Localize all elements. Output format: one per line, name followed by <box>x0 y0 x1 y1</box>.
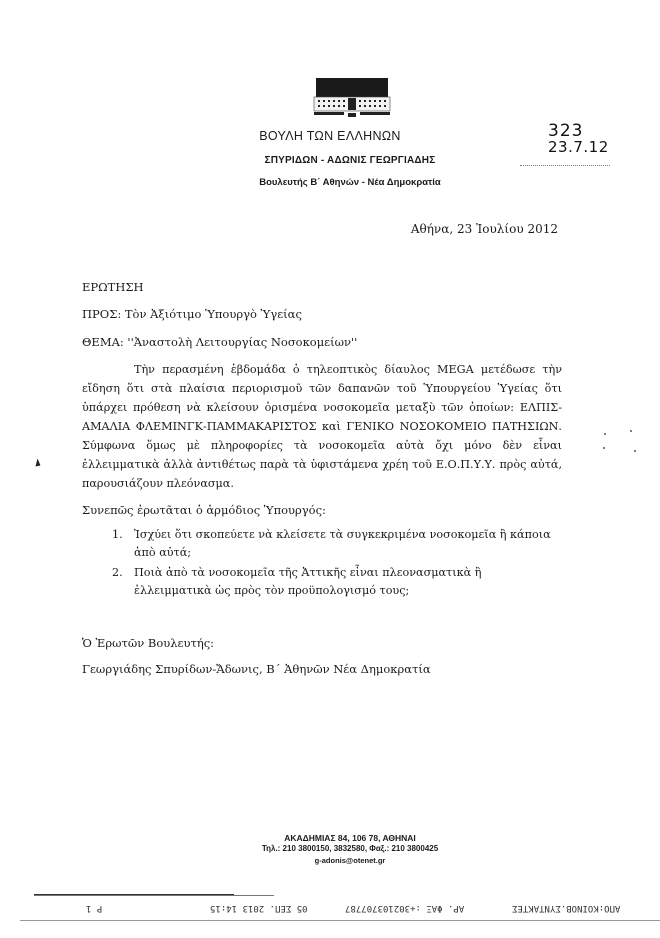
footer-street: ΑΚΑΔΗΜΙΑΣ 84, 106 78, ΑΘΗΝΑΙ <box>200 833 500 843</box>
fax-rule-bottom <box>20 920 660 921</box>
handwritten-protocol-number: 323 <box>548 124 583 138</box>
handwritten-date: 23.7.12 <box>548 140 609 154</box>
member-name: ΣΠΥΡΙΔΩΝ - ΑΔΩΝΙΣ ΓΕΩΡΓΙΑΔΗΣ <box>200 155 500 166</box>
body-text: Τὴν περασμένη ἑβδομάδα ὁ τηλεοπτικὸς δία… <box>82 360 562 493</box>
footer-email: g-adonis@otenet.gr <box>200 856 500 865</box>
question-text: Ποιὰ ἀπὸ τὰ νοσοκομεῖα τῆς Ἀττικῆς εἶναι… <box>134 566 481 597</box>
scan-speck <box>604 433 606 435</box>
member-role: Βουλευτής Β΄ Αθηνών - Νέα Δημοκρατία <box>200 177 500 188</box>
question-text: Ἰσχύει ὅτι σκοπεύετε νὰ κλείσετε τὰ συγκ… <box>134 528 551 559</box>
list-item: 1. Ἰσχύει ὅτι σκοπεύετε νὰ κλείσετε τὰ σ… <box>112 526 562 562</box>
fax-sender: ΑΠΟ:ΚΟΙΝΟΒ.ΣΥΝΤΑΚΤΕΣ <box>512 903 620 913</box>
fax-page: P 1 <box>86 903 102 913</box>
signature-label: Ὁ Ἐρωτῶν Βουλευτής: <box>82 636 214 650</box>
question-number: 1. <box>112 526 123 544</box>
document-date: Αθήνα, 23 Ἰουλίου 2012 <box>410 222 558 236</box>
body-paragraph: Τὴν περασμένη ἑβδομάδα ὁ τηλεοπτικὸς δία… <box>82 360 562 493</box>
recipient-line: ΠΡΟΣ: Τὸν Ἀξιότιμο Ὑπουργὸ Ὑγείας <box>82 307 302 321</box>
scan-speck <box>634 450 636 452</box>
parliament-building-icon <box>312 78 392 120</box>
list-item: 2. Ποιὰ ἀπὸ τὰ νοσοκομεῖα τῆς Ἀττικῆς εἶ… <box>112 564 562 600</box>
scan-speck <box>603 447 605 449</box>
scan-speck <box>630 430 632 432</box>
signature-name: Γεωργιάδης Σπυρίδων-Ἄδωνις, Β΄ Ἀθηνῶν Νέ… <box>82 662 431 676</box>
footer-phones: Τηλ.: 210 3800150, 3832580, Φαξ.: 210 38… <box>200 844 500 853</box>
scan-mark-icon <box>33 459 43 469</box>
subject-line: ΘΕΜΑ: ''Ἀναστολὴ Λειτουργίας Νοσοκομείων… <box>82 335 357 349</box>
fax-number: ΑΡ. ΦΑΞ :+302103707787 <box>345 903 464 913</box>
fax-rule-top-shadow <box>34 895 274 896</box>
document-type: ΕΡΩΤΗΣΗ <box>82 280 144 294</box>
questions-list: 1. Ἰσχύει ὅτι σκοπεύετε νὰ κλείσετε τὰ σ… <box>112 526 562 602</box>
questions-intro: Συνεπῶς ἐρωτᾶται ὁ ἁρμόδιος Ὑπουργός: <box>82 503 326 517</box>
dotted-line-divider <box>520 165 610 166</box>
question-number: 2. <box>112 564 123 582</box>
fax-timestamp: 05 ΣΕΠ. 2013 14:15 <box>210 903 308 913</box>
